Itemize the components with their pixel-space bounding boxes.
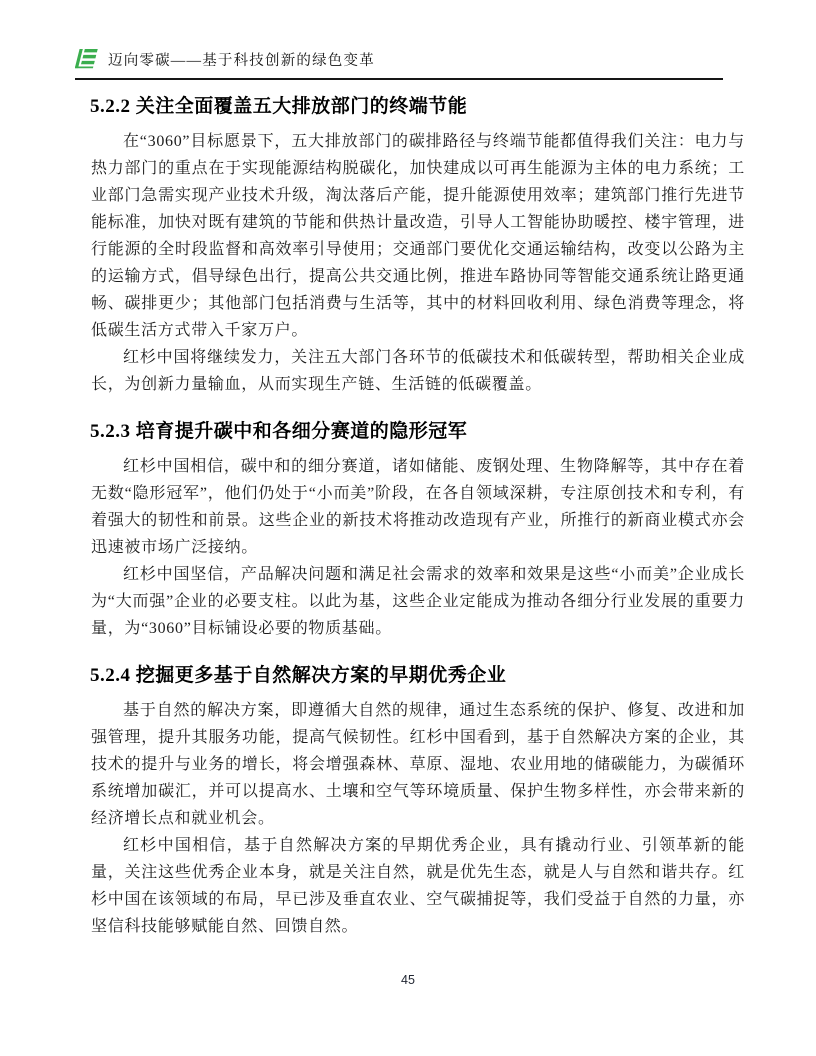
page-number: 45 xyxy=(401,973,415,987)
section-5-2-3: 5.2.3 培育提升碳中和各细分赛道的隐形冠军 红杉中国相信，碳中和的细分赛道，… xyxy=(91,419,745,642)
section-5-2-3-paragraph-2: 红杉中国坚信，产品解决问题和满足社会需求的效率和效果是这些“小而美”企业成长为“… xyxy=(91,561,745,642)
section-5-2-4-heading: 5.2.4 挖掘更多基于自然解决方案的早期优秀企业 xyxy=(90,663,745,689)
page-footer: 45 xyxy=(0,971,816,989)
section-5-2-4-paragraph-1: 基于自然的解决方案，即遵循大自然的规律，通过生态系统的保护、修复、改进和加强管理… xyxy=(91,697,745,832)
section-5-2-4: 5.2.4 挖掘更多基于自然解决方案的早期优秀企业 基于自然的解决方案，即遵循大… xyxy=(91,663,745,940)
section-5-2-2-paragraph-2: 红杉中国将继续发力，关注五大部门各环节的低碳技术和低碳转型，帮助相关企业成长，为… xyxy=(91,344,745,398)
section-5-2-4-paragraph-2: 红杉中国相信，基于自然解决方案的早期优秀企业，具有撬动行业、引领革新的能量，关注… xyxy=(91,832,745,940)
header-title: 迈向零碳——基于科技创新的绿色变革 xyxy=(108,49,375,70)
section-5-2-3-heading: 5.2.3 培育提升碳中和各细分赛道的隐形冠军 xyxy=(90,419,745,445)
section-5-2-3-paragraph-1: 红杉中国相信，碳中和的细分赛道，诸如储能、废钢处理、生物降解等，其中存在着无数“… xyxy=(91,453,745,561)
page-content: 5.2.2 关注全面覆盖五大排放部门的终端节能 在“3060”目标愿景下，五大排… xyxy=(91,94,745,940)
section-5-2-2-heading: 5.2.2 关注全面覆盖五大排放部门的终端节能 xyxy=(90,94,745,120)
page-header: 迈向零碳——基于科技创新的绿色变革 xyxy=(75,48,723,80)
section-5-2-2-paragraph-1: 在“3060”目标愿景下，五大排放部门的碳排路径与终端节能都值得我们关注：电力与… xyxy=(91,128,745,344)
document-page: 迈向零碳——基于科技创新的绿色变革 5.2.2 关注全面覆盖五大排放部门的终端节… xyxy=(0,0,816,1056)
green-stripes-logo-icon xyxy=(75,48,98,70)
section-5-2-2: 5.2.2 关注全面覆盖五大排放部门的终端节能 在“3060”目标愿景下，五大排… xyxy=(91,94,745,398)
